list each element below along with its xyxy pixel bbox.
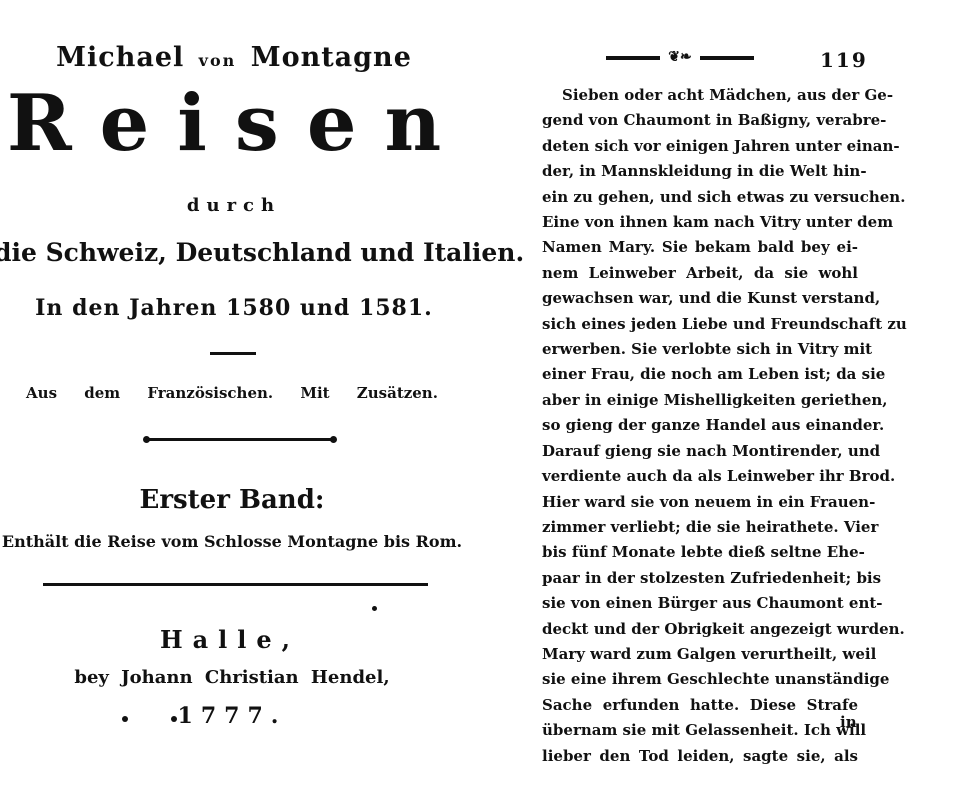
imprint-year: 1777. xyxy=(0,703,472,729)
text-line: Eine von ihnen kam nach Vitry unter dem xyxy=(542,210,858,235)
text-line: ein zu gehen, und sich etwas zu versuche… xyxy=(542,185,858,210)
text-line: Mary ward zum Galgen verurtheilt, weil xyxy=(542,642,858,667)
text-line: sich eines jeden Liebe und Freundschaft … xyxy=(542,312,858,337)
author-last-name: Montagne xyxy=(251,42,412,73)
ink-speck xyxy=(122,716,128,722)
text-line: lieber den Tod leiden, sagte sie, als xyxy=(542,744,858,769)
title-page: Michael von Montagne Reisen durch die Sc… xyxy=(0,0,480,793)
ink-speck xyxy=(171,716,177,722)
text-line: bis fünf Monate lebte dieß seltne Ehe- xyxy=(542,540,858,565)
headpiece-ornament-icon: ❦❧ xyxy=(606,53,754,63)
text-line: deten sich vor einigen Jahren unter eina… xyxy=(542,134,858,159)
text-line: so gieng der ganze Handel aus einander. xyxy=(542,413,858,438)
text-line: einer Frau, die noch am Leben ist; da si… xyxy=(542,362,858,387)
catchword: in xyxy=(840,713,857,731)
volume-contents: Enthält die Reise vom Schlosse Montagne … xyxy=(0,532,472,551)
subtitle-years: In den Jahren 1580 und 1581. xyxy=(0,295,474,321)
book-title: Reisen xyxy=(0,85,478,163)
volume-heading: Erster Band: xyxy=(0,485,472,515)
text-page: ❦❧ 119 Sieben oder acht Mädchen, aus der… xyxy=(480,0,961,793)
long-rule-divider xyxy=(43,583,428,586)
text-line: zimmer verliebt; die sie heirathete. Vie… xyxy=(542,515,858,540)
text-line: verdiente auch da als Leinweber ihr Brod… xyxy=(542,464,858,489)
text-line: nem Leinweber Arbeit, da sie wohl xyxy=(542,261,858,286)
author-name: Michael von Montagne xyxy=(0,42,474,73)
imprint-place: Halle, xyxy=(0,625,470,654)
text-line: Hier ward sie von neuem in ein Frauen- xyxy=(542,490,858,515)
text-line: gend von Chaumont in Baßigny, verabre- xyxy=(542,108,858,133)
ornamental-rule-divider xyxy=(146,438,334,441)
ink-speck xyxy=(372,606,377,611)
author-first-name: Michael xyxy=(56,42,184,73)
text-line: der, in Mannskleidung in die Welt hin- xyxy=(542,159,858,184)
text-line: Sache erfunden hatte. Diese Strafe xyxy=(542,693,858,718)
author-particle: von xyxy=(199,51,237,70)
text-line: deckt und der Obrigkeit angezeigt wurden… xyxy=(542,617,858,642)
subtitle-countries: die Schweiz, Deutschland und Italien. xyxy=(0,238,474,267)
translation-note: Aus dem Französischen. Mit Zusätzen. xyxy=(0,384,472,402)
imprint-publisher: bey Johann Christian Hendel, xyxy=(0,667,472,688)
text-line: gewachsen war, und die Kunst verstand, xyxy=(542,286,858,311)
text-line: Darauf gieng sie nach Montirender, und xyxy=(542,439,858,464)
text-line: Namen Mary. Sie bekam bald bey ei- xyxy=(542,235,858,260)
body-paragraph: Sieben oder acht Mädchen, aus der Ge- ge… xyxy=(542,83,858,769)
text-line: sie von einen Bürger aus Chaumont ent- xyxy=(542,591,858,616)
text-line: Sieben oder acht Mädchen, aus der Ge- xyxy=(542,83,858,108)
text-line: übernam sie mit Gelassenheit. Ich will xyxy=(542,718,858,743)
text-line: paar in der stolzesten Zufriedenheit; bi… xyxy=(542,566,858,591)
title-connector: durch xyxy=(0,195,474,216)
short-rule-divider xyxy=(210,352,256,355)
text-line: sie eine ihrem Geschlechte unanständige xyxy=(542,667,858,692)
text-line: erwerben. Sie verlobte sich in Vitry mit xyxy=(542,337,858,362)
page-number: 119 xyxy=(820,48,868,72)
text-line: aber in einige Mishelligkeiten geriethen… xyxy=(542,388,858,413)
